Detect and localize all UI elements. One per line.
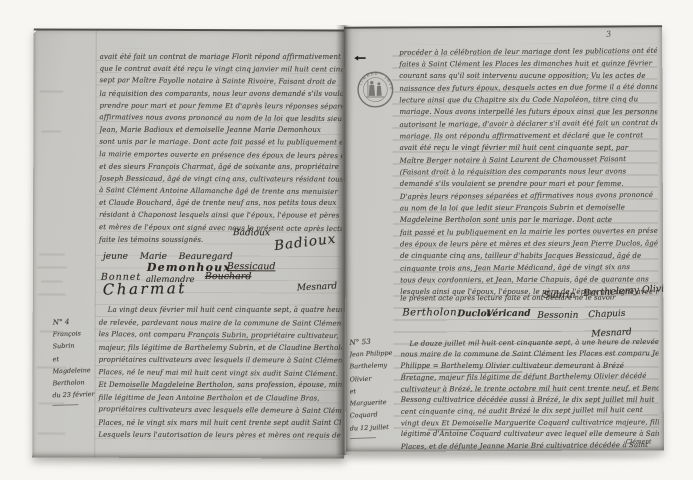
manuscript-line: cinquante trois ans, Jean Marie Médicand… [400,261,658,275]
manuscript-line: et des sieurs François Charmat, âgé de s… [99,161,342,173]
signature-bouchard: Bouchard [205,271,252,282]
signature-mesnard: Mesnard [297,281,338,293]
manuscript-line: propriétaires cultivateurs avec lesquels… [98,403,341,417]
act-date: du 23 février [52,388,98,402]
manuscript-line: (Faisant droit à la réquisition des comp… [400,165,658,178]
right-page: 3 TIMBRE · IMPÉRIAL [344,25,664,451]
manuscript-line: fait passé et lu publiquement en la mair… [400,225,658,239]
manuscript-line: Places, et de défunte Jeanne Marie Bré c… [401,439,659,451]
manuscript-line: autorisant le mariage, d'avoir à déclare… [399,117,657,131]
manuscript-line: et Claude Bouchard, âgé de trente neuf a… [99,197,342,209]
manuscript-line: Jean, Marie Badioux et demoiselle Jeanne… [99,124,342,136]
manuscript-line: au nom de la loi que ledit sieur Françoi… [400,201,658,214]
margin-note-act-4: N° 4 FrançoisSubrinetMagdeleineBertholon… [52,315,98,407]
marriage-act-text-left-2: La vingt deux février mil huit cent cinq… [98,304,341,442]
manuscript-line: cultivateur à Brézé, le trente octobre m… [401,383,659,396]
manuscript-line: D'après leurs réponses séparées et affir… [400,189,658,203]
manuscript-line: légitime d'Antoine Coquard cultivateur a… [401,429,659,440]
manuscript-line: La vingt deux février mil huit cent cinq… [99,304,342,317]
manuscript-line: avait été reçu le vingt février mil huit… [400,142,658,154]
manuscript-line: Places, né le vingt six mars mil huit ce… [98,417,341,430]
manuscript-line: la réquisition des comparants, nous leur… [100,88,343,100]
margin-note-act-53: N° 53 Jean PhilippeBarthelemyOlivieretMa… [349,334,399,438]
signature-bessonin: Bessonin [537,311,578,321]
stamp-ring-text: TIMBRE · IMPÉRIAL [356,70,394,91]
manuscript-line: nous maire de la commune de Saint Clémen… [400,349,658,362]
page-number-mark: 3 [605,29,612,39]
act-date: du 12 juillet [350,420,400,435]
manuscript-line: demandé s'ils voulaient se prendre pour … [400,178,658,190]
bleedthrough-smudge [38,293,66,295]
ink-arrow-mark-icon [354,46,366,51]
signature-vericand: Véricand [486,309,530,319]
act-parties: FrançoisSubrinetMagdeleineBertholon [52,328,98,390]
manuscript-line: de cinquante cinq ans, tailleur d'habits… [400,250,658,262]
manuscript-line: sont unis par le mariage. Dont acte fait… [99,136,342,149]
margin-flourish-rule [350,437,376,439]
imperial-seal-stamp-icon: TIMBRE · IMPÉRIAL [356,70,394,108]
manuscript-line: sept par Maître Fayolle notaire à Sainte… [100,75,343,89]
manuscript-line: résidant à Chaponost lesquels ainsi que … [99,209,342,222]
manuscript-line: propriétaires cultivateurs avec lesquels… [99,354,342,367]
signature-chapuis: Chapuis [588,309,625,320]
bleedthrough-smudge [41,280,63,282]
manuscript-line: et mères de l'époux ont signé avec nous … [99,221,342,235]
margin-note-line: Subrin [52,339,98,353]
register-scan: avait été fait un contrat de mariage Flo… [0,0,693,480]
manuscript-line: Le douze juillet mil huit cent cinquante… [400,337,658,350]
marriage-act-text-right: procéder à la célébration de leur mariag… [399,45,658,298]
manuscript-line: la mairie emportes ouverte en présence d… [99,148,342,162]
manuscript-line: Maître Berger notaire à Saint Laurent de… [400,153,658,167]
manuscript-line: lecture ainsi que du Chapitre six du Cod… [399,93,657,106]
bleedthrough-smudge [41,130,61,132]
margin-flourish-rule [52,405,78,407]
manuscript-line: des époux de leurs père et mères et des … [400,237,658,250]
manuscript-line: Magdeleine Bertholon sont unis par le ma… [400,214,658,226]
svg-text:TIMBRE · IMPÉRIAL: TIMBRE · IMPÉRIAL [356,70,394,91]
marriage-act-text-left: avait été fait un contrat de mariage Flo… [99,51,343,247]
manuscript-line: mariage. Nous avons interpellé les futur… [399,106,657,118]
catchword: Clément [626,438,652,445]
signature-subrin: Subrin [543,290,575,301]
manuscript-line: majeur, fils légitime de Barthelemy Subr… [99,342,342,355]
signature-badioux-note: Badioux [233,228,270,238]
manuscript-line: avait été fait un contrat de mariage Flo… [100,51,343,63]
bleedthrough-smudge [39,253,65,255]
manuscript-line: les Places, ont comparu François Subrin,… [99,328,342,342]
left-page: avait été fait un contrat de mariage Flo… [32,28,345,458]
bleedthrough-smudge [37,432,65,434]
marriage-act-text-right-2: Le douze juillet mil huit cent cinquante… [400,337,658,451]
manuscript-line: affirmatives nous avons prononcé au nom … [99,111,342,125]
bleedthrough-smudge [40,90,64,92]
manuscript-line: mariage. Ils ont répondu affirmativement… [400,129,658,142]
manuscript-line: naissance des futurs époux, desquels act… [399,81,657,95]
bleedthrough-smudge [37,266,67,268]
manuscript-line: faites à Saint Clément les Places les di… [399,57,657,70]
manuscript-line: Lesquels leurs l'autorisation de leurs p… [98,429,341,442]
manuscript-line: procéder à la célébration de leur mariag… [399,45,657,59]
manuscript-line: Places, né le neuf mai mil huit cent vin… [99,366,342,380]
signature-charmat: Charmat [103,279,187,298]
act-parties: Jean PhilippeBarthelemyOlivieretMargueri… [349,347,399,421]
manuscript-line: tous deux cordonniers, et Jean, Marie Ch… [400,273,658,286]
manuscript-line: courant sans qu'il soit intervenu aucune… [399,70,657,82]
signature-bertholon: Bertholon [402,307,457,318]
name-underline [199,339,261,340]
manuscript-line: vingt deux Et Demoiselle Marguerite Coqu… [401,417,659,430]
